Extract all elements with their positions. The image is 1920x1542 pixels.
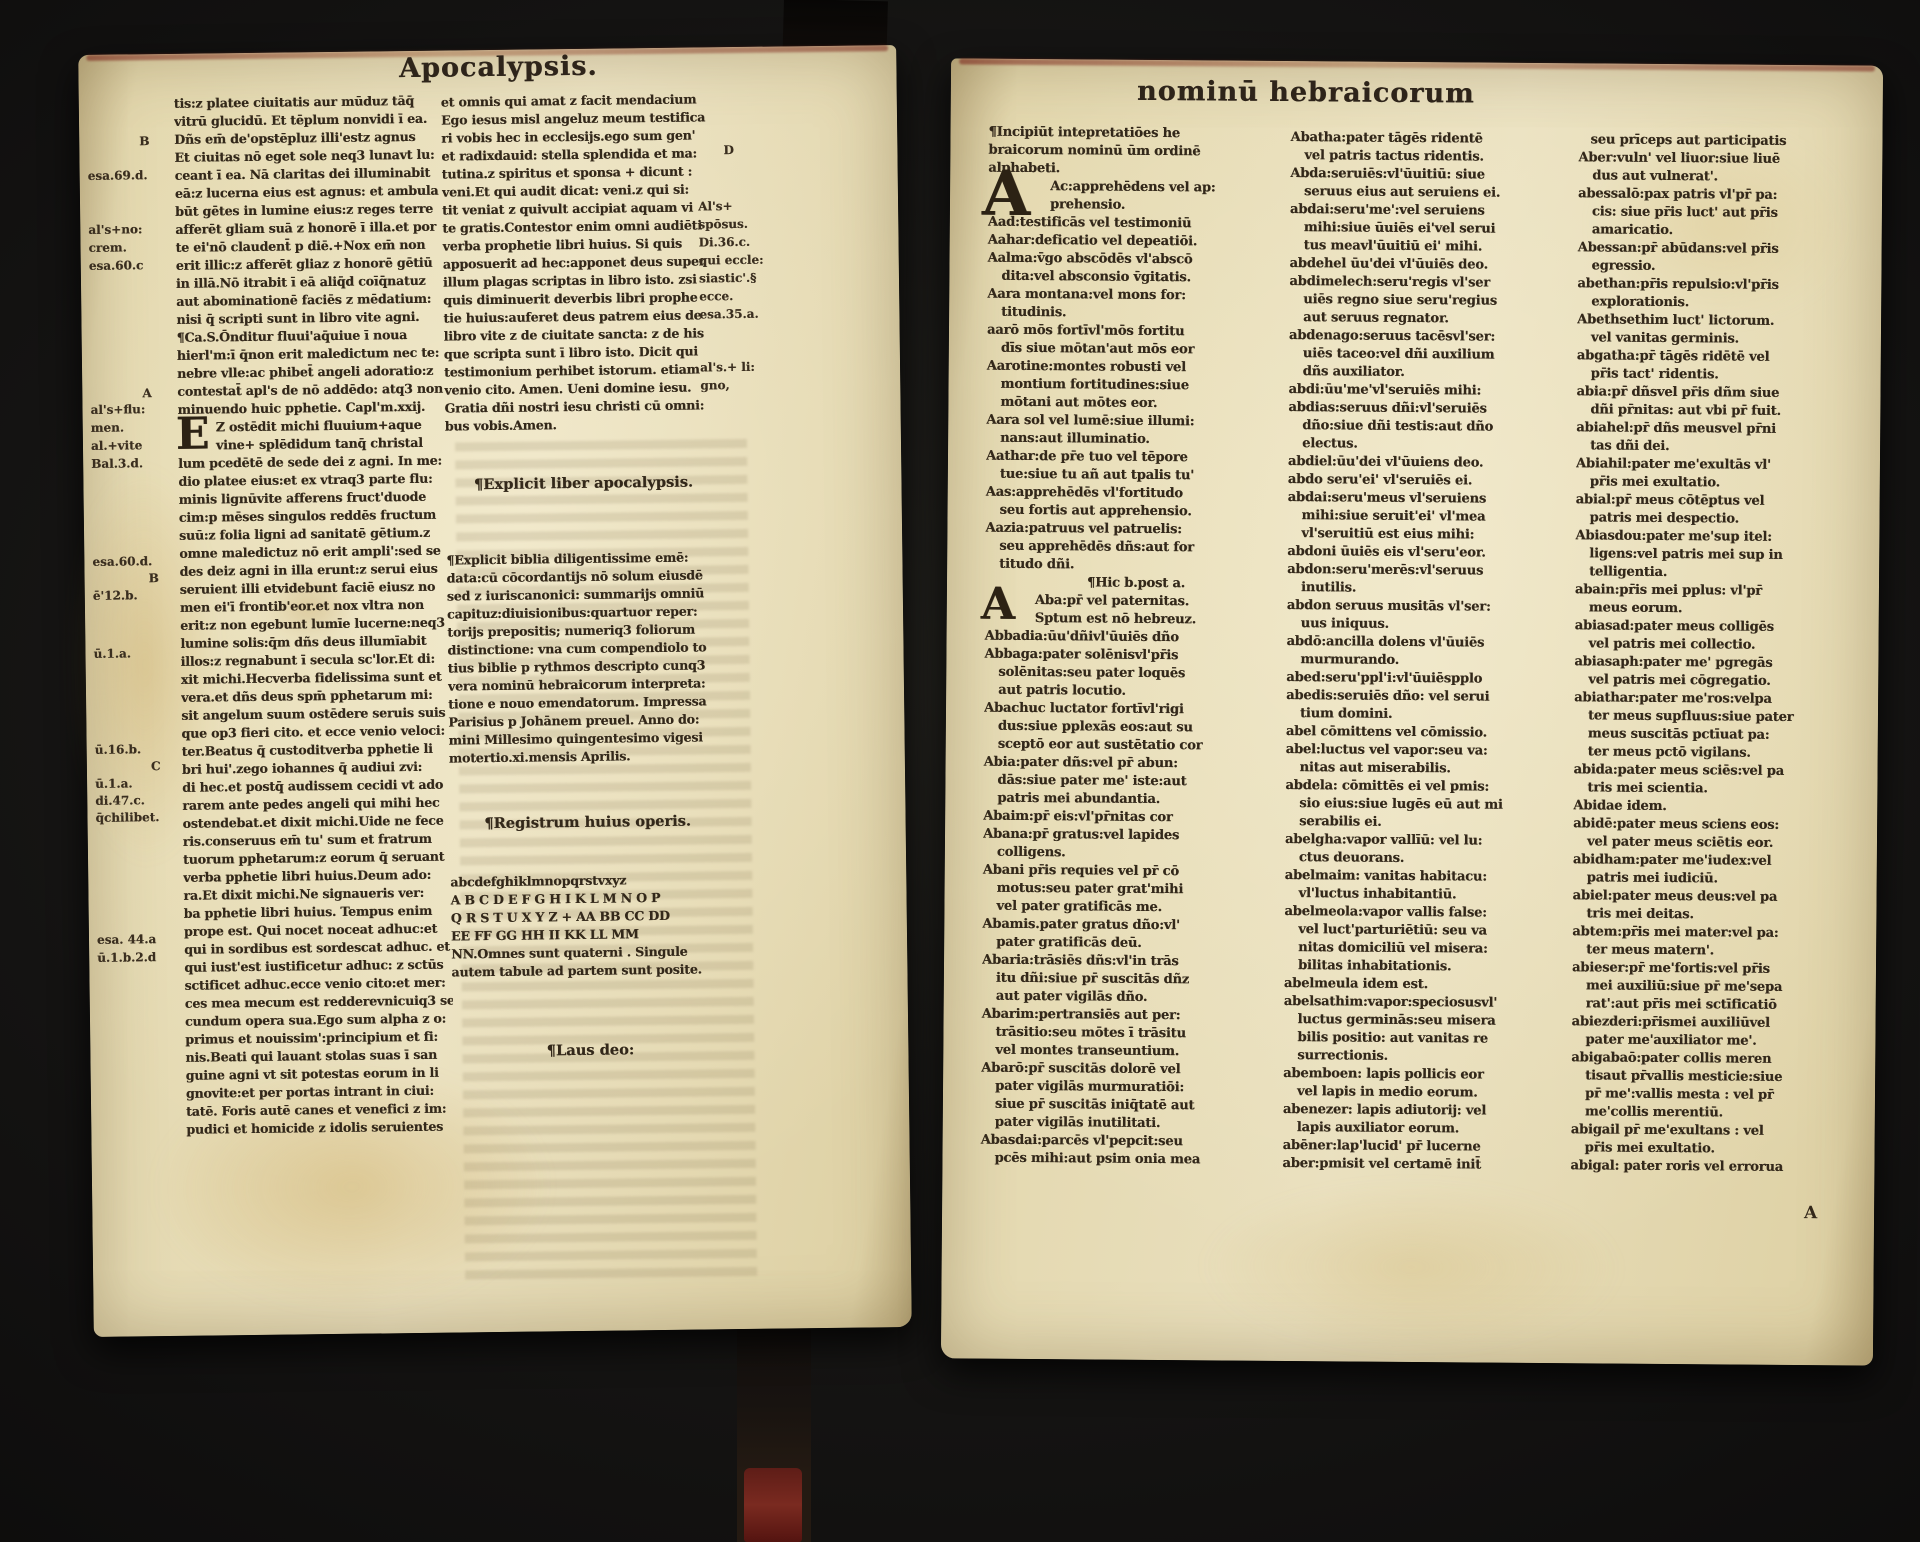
margin-note: siastic'.§: [699, 271, 757, 286]
text-line: sio eius:siue lugēs eū aut mi: [1285, 795, 1581, 815]
text-line: seruus eius aut seruiens ei.: [1290, 183, 1586, 203]
text-line: siue pr̄ suscitās iniq̄tatē aut: [981, 1096, 1283, 1116]
text-line: Abda:seruiēs:vl'ūuitiū: siue: [1290, 165, 1586, 185]
text-line: abidē:pater meus sciens eos:: [1573, 815, 1875, 835]
text-line: abdō:ancilla dolens vl'ūuiēs: [1286, 633, 1582, 653]
text-line: Aathar:de pr̄e tuo vel tēpore: [986, 448, 1288, 468]
dropcap-initial-a-second: A: [981, 584, 1015, 626]
text-line: mini Millesimo quingentesimo vigesi: [448, 728, 724, 749]
margin-note: esa.69.d.: [88, 168, 148, 183]
text-line: seu prīceps aut participatis: [1578, 131, 1880, 151]
text-line: Abarō:pr̄ suscitās dolorē vel: [981, 1060, 1283, 1080]
text-line: Aarotine:montes robusti vel: [987, 358, 1289, 378]
text-line: abessalō:pax patris vl'pr̄ pa:: [1578, 185, 1880, 205]
text-line: Abani pr̄is requies vel pr̄ cō: [983, 862, 1285, 882]
text-line: Aara sol vel lumē:siue illumi:: [986, 412, 1288, 432]
text-line: mihi:siue ūuiēs ei'vel serui: [1290, 219, 1586, 239]
text-line: mihi:siue seruit'ei' vl'mea: [1287, 507, 1583, 527]
text-line: abdehel ūu'dei vl'ūuiēs deo.: [1289, 255, 1585, 275]
text-line: abiasaph:pater me' pgregās: [1574, 653, 1876, 673]
text-line: inutilis.: [1287, 579, 1583, 599]
text-line: abiel:pater meus deus:vel pa: [1572, 887, 1874, 907]
text-line: pater gratificās deū.: [982, 934, 1284, 954]
text-line: colligens.: [983, 844, 1285, 864]
margin-note: esa. 44.a: [97, 932, 156, 947]
margin-note: ū.1.a.: [95, 776, 133, 790]
quire-signature-mark: A: [1804, 1203, 1817, 1223]
registrum-heading: ¶Registrum huius operis.: [450, 812, 726, 832]
text-line: Abaim:pr̄ eis:vl'pr̄nitas cor: [983, 808, 1285, 828]
text-line: abida:pater meus sciēs:vel pa: [1573, 761, 1875, 781]
text-line: mei auxiliū:siue pr̄ me'sepa: [1572, 977, 1874, 997]
text-line: seu apprehēdēs dñs:aut for: [985, 538, 1287, 558]
text-line: tue:siue tu añ aut tpalis tu': [986, 466, 1288, 486]
text-line: abelsathim:vapor:speciosusvl': [1284, 993, 1580, 1013]
margin-note: ecce.: [699, 289, 733, 303]
text-line: Abia:pater dñs:vel pr̄ abun:: [984, 754, 1286, 774]
text-line: Abaria:trāsiēs dñs:vl'in trās: [982, 952, 1284, 972]
right-column-1: ¶Incipiūt intepretatiōes hebraicorum nom…: [980, 124, 1290, 1188]
margin-note: Di.36.c.: [698, 235, 750, 250]
text-line: patris mei despectio.: [1575, 509, 1877, 529]
margin-note: ū.1.a.: [93, 646, 131, 660]
margin-note: qui eccle:: [699, 253, 764, 268]
text-line: sceptō eor aut sustētatio cor: [984, 736, 1286, 756]
text-line: luctus germinās:seu misera: [1284, 1011, 1580, 1031]
photo-background: Apocalypsis. Besa.69.d.al's+no:crem.esa.…: [0, 0, 1920, 1542]
left-page-right-marginalia: DAl's+spōsus.Di.36.c.qui eccle:siastic'.…: [692, 46, 820, 1329]
parchment-stain: [1201, 1180, 1622, 1353]
text-line: abdiel:ūu'dei vl'ūuiens deo.: [1288, 453, 1584, 473]
text-line: abethan:pr̄is repulsio:vl'pr̄is: [1577, 275, 1879, 295]
text-line: dus:siue pplexās eos:aut su: [984, 718, 1286, 738]
text-line: me'collis merentiū.: [1571, 1103, 1873, 1123]
margin-note: al's+flu:: [90, 402, 145, 417]
explicit-apocalypsis-heading: ¶Explicit liber apocalypsis.: [445, 473, 721, 493]
margin-note: men.: [91, 421, 124, 435]
text-line: prehensio.: [988, 196, 1290, 216]
text-line: murmurando.: [1286, 651, 1582, 671]
text-line: Aara montana:vel mons for:: [987, 286, 1289, 306]
text-line: abigabaō:pater collis meren: [1571, 1049, 1873, 1069]
text-line: vel patris mei cōgregatio.: [1574, 671, 1876, 691]
margin-note: Bal.3.d.: [91, 456, 143, 471]
text-line: abiahel:pr̄ dñs meusvel pr̄ni: [1576, 419, 1878, 439]
text-line: uiēs taceo:vel dñi auxilium: [1289, 345, 1585, 365]
text-line: solēnitas:seu pater loquēs: [984, 664, 1286, 684]
text-line: Aas:apprehēdēs vl'fortitudo: [986, 484, 1288, 504]
text-line: dās:siue pater me' iste:aut: [983, 772, 1285, 792]
text-line: Aazia:patruus vel patruelis:: [985, 520, 1287, 540]
text-line: vel lapis in medio eorum.: [1283, 1083, 1579, 1103]
text-line: abtem:pr̄is mei mater:vel pa:: [1572, 923, 1874, 943]
margin-note: D: [723, 143, 734, 157]
margin-note: esa.60.c: [89, 258, 144, 273]
text-line: abdai:seru'meus vl'seruiens: [1288, 489, 1584, 509]
text-line: vel montes transeuntium.: [981, 1042, 1283, 1062]
text-line: abieser:pr̄ me'fortis:vel pr̄is: [1572, 959, 1874, 979]
text-line: telligentia.: [1575, 563, 1877, 583]
left-running-head: Apocalypsis.: [333, 50, 663, 85]
text-line: amaricatio.: [1578, 221, 1880, 241]
text-line: Gratia dñi nostri iesu christi cū omni:: [444, 396, 720, 417]
text-line: vel pater gratificās me.: [982, 898, 1284, 918]
text-line: abial:pr̄ meus cōtēptus vel: [1576, 491, 1878, 511]
margin-note: ū.16.b.: [95, 742, 142, 757]
text-line: abel:luctus vel vapor:seu va:: [1286, 741, 1582, 761]
text-line: aut pater vigilās dño.: [982, 988, 1284, 1008]
text-line: Abachuc luctator fortīvl'rigi: [984, 700, 1286, 720]
right-page-top-edge-stain: [959, 58, 1875, 71]
text-line: Abiahil:pater me'exultās vl': [1576, 455, 1878, 475]
colophon-paragraph: ¶Explicit biblia diligentissime emē:data…: [446, 548, 725, 771]
text-line: Abidae idem.: [1573, 797, 1875, 817]
text-line: Sptum est nō hebreuz.: [985, 610, 1287, 630]
margin-note: Al's+: [698, 199, 733, 213]
text-line: surrectionis.: [1283, 1047, 1579, 1067]
margin-note: q̄chilibet.: [95, 810, 159, 825]
text-line: tisaut pr̄vallis mesticie:siue: [1571, 1067, 1873, 1087]
text-line: abigail pr̄ me'exultans : vel: [1571, 1121, 1873, 1141]
text-line: abia:pr̄ dñsvel pr̄is dñm siue: [1576, 383, 1878, 403]
text-line: uus iniquus.: [1287, 615, 1583, 635]
margin-note: gno,: [700, 378, 729, 392]
text-line: abelgha:vapor vallīū: vel lu:: [1285, 831, 1581, 851]
right-column-3: seu prīceps aut participatisAber:vuln' v…: [1570, 131, 1880, 1195]
book-spine-tailband: [744, 1468, 802, 1542]
text-line: abel cōmittens vel cōmissio.: [1286, 723, 1582, 743]
text-line: patris mei abundantia.: [983, 790, 1285, 810]
text-line: abdo seru'ei' vl'seruiēs ei.: [1288, 471, 1584, 491]
text-line: vel patris mei collectio.: [1574, 635, 1876, 655]
margin-note: spōsus.: [698, 217, 748, 232]
text-line: abdimelech:seru'regis vl'ser: [1289, 273, 1585, 293]
text-line: ctus deuorans.: [1285, 849, 1581, 869]
text-line: Abatha:pater tāgēs ridentē: [1290, 129, 1586, 149]
text-line: Abana:pr̄ gratus:vel lapides: [983, 826, 1285, 846]
text-line: dñi pr̄nitas: aut vbi pr̄ fuit.: [1576, 401, 1878, 421]
text-line: abiezderi:pr̄ismei auxiliūvel: [1571, 1013, 1873, 1033]
text-line: abed:seru'ppl'i:vl'ūuiēspplo: [1286, 669, 1582, 689]
text-line: patris mei iudiciū.: [1573, 869, 1875, 889]
text-line: ter meus supfluus:siue pater: [1574, 707, 1876, 727]
text-line: dita:vel absconsio v̄gitatis.: [987, 268, 1289, 288]
margin-note: C: [151, 759, 161, 773]
dropcap-initial-e: E: [176, 413, 210, 455]
left-page: Apocalypsis. Besa.69.d.al's+no:crem.esa.…: [78, 45, 912, 1337]
text-line: cis: siue pr̄is luct' aut pr̄is: [1578, 203, 1880, 223]
text-line: aut seruus regnator.: [1289, 309, 1585, 329]
text-line: abenezer: lapis adiutorij: vel: [1283, 1101, 1579, 1121]
text-line: vel pater meus sciētis eor.: [1573, 833, 1875, 853]
text-line: ¶Incipiūt intepretatiōes he: [988, 124, 1290, 144]
text-line: abdi:ūu'me'vl'seruiēs mihi:: [1288, 381, 1584, 401]
registrum-alphabet-block: abcdefghiklmnopqrstvxyzA B C D E F G H I…: [450, 870, 727, 985]
text-line: nans:aut illuminatio.: [986, 430, 1288, 450]
text-line: rat':aut pr̄is mei sctīficatiō: [1572, 995, 1874, 1015]
text-line: ter meus pctō vigilans.: [1574, 743, 1876, 763]
text-line: pr̄is mei exultatio.: [1571, 1139, 1873, 1159]
text-line: Ac:apprehēdens vel ap:: [988, 178, 1290, 198]
text-line: abelmeola:vapor vallis false:: [1284, 903, 1580, 923]
text-line: abedis:seruiēs dño: vel serui: [1286, 687, 1582, 707]
text-line: vl'luctus inhabitantiū.: [1284, 885, 1580, 905]
text-line: montium fortitudines:siue: [986, 376, 1288, 396]
text-line: Aalma:v̄go abscōdēs vl'abscō: [987, 250, 1289, 270]
text-line: seu fortis aut apprehensio.: [985, 502, 1287, 522]
text-line: egressio.: [1577, 257, 1879, 277]
text-line: Abamis.pater gratus dño:vl': [982, 916, 1284, 936]
text-line: Aba:pr̄ vel paternitas.: [985, 592, 1287, 612]
laus-deo-heading: ¶Laus deo:: [452, 1040, 728, 1060]
text-line: abiathar:pater me'ros:velpa: [1574, 689, 1876, 709]
text-line: Abethsethim luct' lictorum.: [1577, 311, 1879, 331]
left-column-2-text: et omnis qui amat z facit mendaciumEgo i…: [441, 90, 721, 439]
text-line: Abessan:pr̄ abūdans:vel pr̄is: [1578, 239, 1880, 259]
text-line: trāsitio:seu mōtes ī trāsitu: [981, 1024, 1283, 1044]
text-line: tris mei scientia.: [1573, 779, 1875, 799]
text-line: titudo dñi.: [985, 556, 1287, 576]
margin-note: al's.+ li:: [700, 360, 755, 375]
text-line: aber:pmisit vel certamē init̄: [1282, 1155, 1578, 1175]
text-line: dñs auxiliator.: [1289, 363, 1585, 383]
text-line: pater me'auxiliator me'.: [1571, 1031, 1873, 1051]
margin-note: crem.: [88, 240, 126, 254]
text-line: abain:pr̄is mei pplus: vl'pr̄: [1575, 581, 1877, 601]
margin-note: B: [149, 571, 159, 585]
text-line: serabilis ei.: [1285, 813, 1581, 833]
text-line: vel luct'parturiētiū: seu va: [1284, 921, 1580, 941]
text-line: tas dñi dei.: [1576, 437, 1878, 457]
text-line: motertio.xi.mensis Aprilis.: [449, 746, 725, 767]
text-line: braicorum nominū ūm ordinē: [988, 142, 1290, 162]
text-line: pr̄ me':vallis mesta : vel pr̄: [1571, 1085, 1873, 1105]
text-line: mōtani aut mōtes eor.: [986, 394, 1288, 414]
text-line: pcēs mihi:aut psim onia mea: [980, 1150, 1282, 1170]
text-line: meus suscitās pctīuat pa:: [1574, 725, 1876, 745]
text-line: abidham:pater me'iudex:vel: [1573, 851, 1875, 871]
text-line: tium domini.: [1286, 705, 1582, 725]
text-line: abdoni ūuiēs eis vl'seru'eor.: [1287, 543, 1583, 563]
right-column-2: Abatha:pater tāgēs ridentēvel patris tac…: [1282, 129, 1586, 1193]
text-line: abdela: cōmittēs ei vel pmis:: [1285, 777, 1581, 797]
text-line: Abbadia:ūu'dñivl'ūuiēs dño: [985, 628, 1287, 648]
text-line: tus meavl'ūuitiū ei' mihi.: [1290, 237, 1586, 257]
left-marginalia: Besa.69.d.al's+no:crem.esa.60.cAal's+flu…: [82, 54, 188, 1337]
margin-note: esa.35.a.: [699, 307, 758, 322]
text-line: dīs siue mōtan'aut mōs eor: [987, 340, 1289, 360]
text-line: aarō mōs fortīvl'mōs fortitu: [987, 322, 1289, 342]
text-line: abelmeula idem est.: [1284, 975, 1580, 995]
text-line: itu dñi:siue pr̄ suscitās dñz: [982, 970, 1284, 990]
text-line: dño:siue dñi testis:aut dño: [1288, 417, 1584, 437]
margin-note: di.47.c.: [95, 793, 145, 808]
text-line: abdai:seru'me':vel seruiens: [1290, 201, 1586, 221]
text-line: vel vanitas germinis.: [1577, 329, 1879, 349]
margin-note: esa.60.d.: [92, 554, 152, 569]
text-line: abdon seruus musitās vl'ser:: [1287, 597, 1583, 617]
text-line: pater vigilās murmuratiōi:: [981, 1078, 1283, 1098]
text-line: Abiasdou:pater me'sup itel:: [1575, 527, 1877, 547]
text-line: Aber:vuln' vel liuor:siue liuē: [1578, 149, 1880, 169]
margin-note: al.+vite: [91, 438, 142, 453]
text-line: pater vigilās inutilitati.: [981, 1114, 1283, 1134]
text-line: abelmaim: vanitas habitacu:: [1285, 867, 1581, 887]
text-line: abdenago:seruus tacēsvl'ser:: [1289, 327, 1585, 347]
text-line: nitas domiciliū vel misera:: [1284, 939, 1580, 959]
right-running-head: nominū hebraicorum: [1136, 76, 1476, 110]
text-line: pr̄is mei exultatio.: [1576, 473, 1878, 493]
text-line: bilitas inhabitationis.: [1284, 957, 1580, 977]
text-line: ¶Hic b.post a.: [985, 574, 1287, 594]
text-line: dus aut vulnerat'.: [1578, 167, 1880, 187]
text-line: abemboen: lapis pollicis eor: [1283, 1065, 1579, 1085]
text-line: Abasdai:parcēs vl'pepcit:seu: [981, 1132, 1283, 1152]
text-line: Abarim:pertransiēs aut per:: [982, 1006, 1284, 1026]
margin-note: ē'12.b.: [93, 588, 138, 603]
text-line: nitas aut miserabilis.: [1285, 759, 1581, 779]
margin-note: ū.1.b.2.d: [97, 950, 156, 965]
text-line: pr̄is tact' ridentis.: [1577, 365, 1879, 385]
text-line: abdias:seruus dñi:vl'seruiēs: [1288, 399, 1584, 419]
text-line: alphabeti.: [988, 160, 1290, 180]
margin-note: al's+no:: [88, 222, 142, 237]
text-line: meus eorum.: [1575, 599, 1877, 619]
text-line: ter meus matern'.: [1572, 941, 1874, 961]
text-line: bilis positio: aut vanitas re: [1283, 1029, 1579, 1049]
text-line: ligens:vel patris mei sup in: [1575, 545, 1877, 565]
text-line: abēner:lap'lucid' pr̄ lucerne: [1283, 1137, 1579, 1157]
text-line: bus vobis.Amen.: [445, 414, 721, 435]
text-line: autem tabule ad partem sunt posite.: [451, 960, 727, 981]
text-line: titudinis.: [987, 304, 1289, 324]
text-line: pudici et homicide z idolis seruientes: [186, 1118, 454, 1139]
text-line: lapis auxiliator eorum.: [1283, 1119, 1579, 1139]
text-line: uiēs regno siue seru'regius: [1289, 291, 1585, 311]
text-line: motus:seu pater grat'mihi: [983, 880, 1285, 900]
text-line: vel patris tactus ridentis.: [1290, 147, 1586, 167]
text-line: abigal: pater roris vel errorua: [1570, 1157, 1872, 1177]
text-line: Aahar:deficatio vel depeatiōi.: [988, 232, 1290, 252]
margin-note: A: [142, 386, 151, 400]
right-page: nominū hebraicorum ¶Incipiūt intepretati…: [941, 58, 1883, 1365]
text-line: abdon:seru'merēs:vl'seruus: [1287, 561, 1583, 581]
text-line: explorationis.: [1577, 293, 1879, 313]
text-line: Aad:testificās vel testimoniū: [988, 214, 1290, 234]
text-line: aut patris locutio.: [984, 682, 1286, 702]
margin-note: B: [139, 134, 149, 148]
text-line: Abbaga:pater solēnisvl'pr̄is: [984, 646, 1286, 666]
text-line: tris mei deitas.: [1572, 905, 1874, 925]
text-line: abgatha:pr̄ tāgēs ridētē vel: [1577, 347, 1879, 367]
left-column-1: tis:z platee ciuitatis aur mūduz tāq̄vit…: [174, 92, 455, 1147]
text-line: abiasad:pater meus colligēs: [1575, 617, 1877, 637]
text-line: vl'seruitiū est eius mihi:: [1287, 525, 1583, 545]
text-line: electus.: [1288, 435, 1584, 455]
dropcap-initial-a-first: A: [982, 165, 1031, 223]
